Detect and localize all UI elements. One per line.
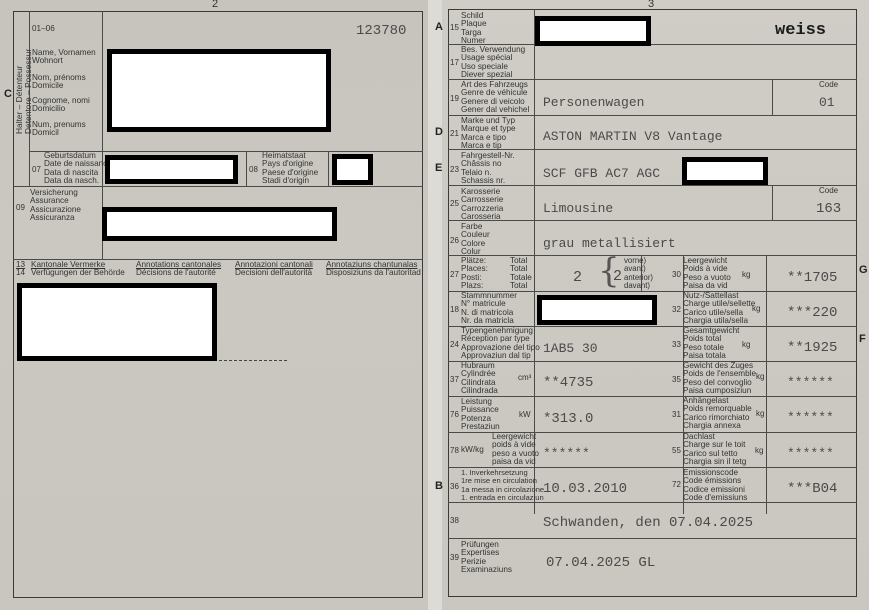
section-letter-d: D — [435, 126, 443, 138]
page-number: 2 — [212, 0, 218, 10]
holder-label-de: Name, VornamenWohnort — [32, 49, 96, 66]
right-page: 3 A D E B G F 15 SchildPlaqueTargaNumer … — [442, 0, 869, 610]
annotations-de: Kantonale VermerkeVerfügungen der Behörd… — [31, 261, 125, 278]
annotation-dashes — [219, 360, 287, 361]
vehicle-kind-label: Art des FahrzeugsGenre de véhiculeGenere… — [461, 81, 529, 114]
unit-kg: kg — [742, 340, 750, 349]
body-code: 163 — [816, 201, 841, 217]
section-letter-f: F — [859, 333, 866, 345]
field-number-24: 24 — [450, 340, 459, 349]
redacted-birthdate — [105, 155, 238, 184]
plate-label: SchildPlaqueTargaNumer — [461, 12, 487, 45]
field-number-17: 17 — [450, 58, 459, 67]
registration-number-label: StammnummerN° matriculeN. di matricolaNr… — [461, 292, 517, 325]
body-label: KarosserieCarrosserieCarrozzeriaCarosser… — [461, 188, 503, 221]
holder-label-fr: Nom, prénomsDomicile — [32, 74, 86, 91]
field-number-72: 72 — [672, 480, 681, 489]
first-registration-date: 10.03.2010 — [543, 481, 627, 497]
special-use-label: Bes. VerwendungUsage spécialUso speciale… — [461, 46, 525, 79]
color-label: FarbeCouleurColoreColur — [461, 223, 490, 256]
field-number-07: 07 — [32, 165, 41, 174]
power-to-weight-label: Leergewichtpoids à videpeso a vuotopaisa… — [492, 433, 533, 466]
type-approval: 1AB5 30 — [543, 341, 598, 356]
field-number-39: 39 — [450, 553, 459, 562]
towing-weight-label: AnhängelastPoids remorquableCarico rimor… — [683, 397, 752, 430]
seats-label: Plätze:Places:Posti:Plazs: — [461, 257, 488, 290]
unit-kw: kW — [519, 410, 531, 419]
redacted-annotations — [17, 283, 217, 361]
unit-kg: kg — [755, 446, 763, 455]
holder-number: 123780 — [356, 23, 406, 39]
section-letter-e: E — [435, 162, 442, 174]
unit-cm3: cm³ — [518, 373, 531, 382]
make-type-label: Marke und TypMarque et typeMarca e tipoM… — [461, 117, 516, 150]
towing-weight: ****** — [787, 410, 834, 425]
field-number-31: 31 — [672, 410, 681, 419]
field-number-38: 38 — [450, 516, 459, 525]
annotations-fr: Annotations cantonalesDécisions de l'aut… — [136, 261, 221, 278]
payload: ***220 — [787, 305, 837, 321]
redacted-insurance — [102, 207, 337, 241]
page-gutter — [428, 0, 442, 610]
field-number-30: 30 — [672, 270, 681, 279]
power-label: LeistungPuissancePotenzaPrestaziun — [461, 398, 500, 431]
power-to-weight: ****** — [543, 446, 590, 461]
field-number-13-14: 1314 — [16, 261, 25, 278]
field-number-25: 25 — [450, 199, 459, 208]
unit-kg: kg — [756, 372, 764, 381]
field-number-78: 78 — [450, 446, 459, 455]
seats-total: 2 — [573, 269, 582, 286]
unit-kg: kg — [742, 270, 750, 279]
field-number-26: 26 — [450, 236, 459, 245]
chassis-label: Fahrgestell-Nr.Châssis noTelaio n.Schass… — [461, 152, 515, 185]
field-number-35: 35 — [672, 375, 681, 384]
roof-load: ****** — [787, 446, 834, 461]
redacted-plate — [535, 16, 651, 46]
code-label: Code — [819, 80, 838, 89]
seats-front: 2 — [613, 268, 622, 285]
redacted-registration-number — [537, 295, 657, 325]
unit-kg: kg — [756, 409, 764, 418]
vehicle-kind-code: 01 — [819, 95, 835, 110]
emission-code-label: EmissionscodeCode émissionsCodice emissi… — [683, 469, 747, 502]
holder-label-it: Cognome, nomiDomicilio — [32, 97, 90, 114]
total-weight: **1925 — [787, 340, 837, 356]
displacement: **4735 — [543, 375, 593, 391]
empty-weight-label: LeergewichtPoids à videPeso a vuotoPaisa… — [683, 257, 731, 290]
field-number-15: 15 — [450, 23, 459, 32]
field-number-27: 27 — [450, 270, 459, 279]
roof-load-label: DachlastCharge sur le toitCarico sul tet… — [683, 433, 746, 466]
redacted-chassis-suffix — [682, 157, 768, 185]
annotations-it: Annotazioni cantonaliDecisioni dell'auto… — [235, 261, 313, 278]
holder-label-rm: Num, prenumsDomicil — [32, 121, 86, 138]
redacted-origin — [332, 154, 373, 185]
field-number-55: 55 — [672, 446, 681, 455]
field-number-37: 37 — [450, 375, 459, 384]
unit-kg: kg — [752, 304, 760, 313]
birthdate-label: GeburtsdatumDate de naissanceData di nas… — [44, 152, 112, 185]
power: *313.0 — [543, 411, 593, 427]
chassis-number: SCF GFB AC7 AGC — [543, 166, 660, 181]
emission-code: ***B04 — [787, 481, 837, 497]
field-number-19: 19 — [450, 94, 459, 103]
vehicle-color: grau metallisiert — [543, 236, 676, 251]
combination-weight-label: Gewicht des ZugesPoids de l'ensemblePeso… — [683, 362, 756, 395]
combination-weight: ****** — [787, 375, 834, 390]
code-label: Code — [819, 186, 838, 195]
issue-place-date: Schwanden, den 07.04.2025 — [543, 515, 753, 531]
field-number-08: 08 — [249, 165, 258, 174]
field-number-76: 76 — [450, 410, 459, 419]
seats-front-label: vorne)avant)anterior)davant) — [624, 257, 653, 290]
section-letter-c: C — [4, 88, 12, 100]
field-number-33: 33 — [672, 340, 681, 349]
total-weight-label: GesamtgewichtPoids totalPeso totalePaisa… — [683, 327, 739, 360]
vehicle-kind: Personenwagen — [543, 95, 644, 110]
make-type: ASTON MARTIN V8 Vantage — [543, 129, 722, 144]
redacted-holder-name — [107, 49, 331, 132]
field-number-23: 23 — [450, 165, 459, 174]
plate-color: weiss — [775, 21, 826, 40]
section-letter-a: A — [435, 21, 443, 33]
field-number-18: 18 — [450, 305, 459, 314]
field-number-32: 32 — [672, 305, 681, 314]
empty-weight: **1705 — [787, 270, 837, 286]
unit-kw-per-kg: kW/kg — [461, 446, 484, 454]
field-number-21: 21 — [450, 129, 459, 138]
payload-label: Nutz-/SattellastCharge utile/selletteCar… — [683, 292, 755, 325]
section-letter-b: B — [435, 480, 443, 492]
first-registration-label: 1. Inverkehrsetzung1re mise en circulati… — [461, 469, 544, 502]
field-number-09: 09 — [16, 203, 25, 212]
displacement-label: HubraumCylindréeCilindrataCilindrada — [461, 362, 498, 395]
inspections-label: PrüfungenExpertisesPerizieExaminaziuns — [461, 541, 512, 574]
body-type: Limousine — [543, 201, 613, 216]
annotations-rm: Annotaziuns chantunalasDisposiziuns da l… — [326, 261, 421, 278]
inspection-date: 07.04.2025 GL — [546, 555, 655, 571]
insurance-label: VersicherungAssuranceAssicurazioneAssicu… — [30, 189, 81, 222]
type-approval-label: TypengenehmigungRéception par typeApprov… — [461, 327, 540, 360]
origin-label: HeimatstaatPays d'originePaese d'origine… — [262, 152, 318, 185]
field-number-36: 36 — [450, 482, 459, 491]
field-number-01-06: 01–06 — [32, 25, 55, 33]
section-letter-g: G — [859, 264, 868, 276]
left-page: 2 C Halter – Détenteur Detentore – Posse… — [0, 0, 432, 610]
seats-total-label: TotalTotalTotaleTotal — [510, 257, 532, 290]
